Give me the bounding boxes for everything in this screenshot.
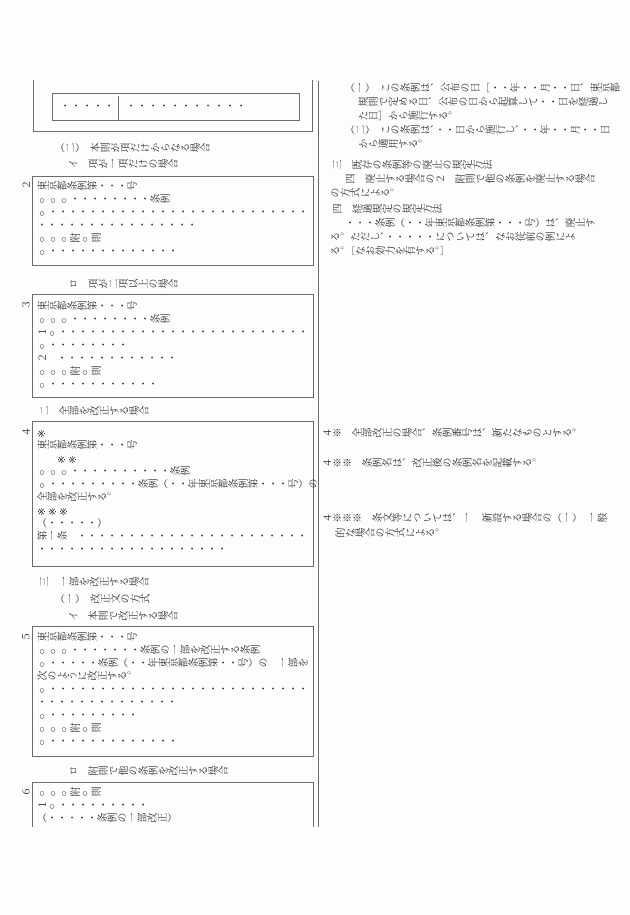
box3-line: １○・・・・・・・・・・・・・・・・・・・・・・・・・ (37, 327, 630, 340)
heading-ro-niko: ロ 項が二項以上の場合 (68, 279, 630, 292)
document-page: ・・・・・ ・・・・・・・・・・・ （二） 本則が項だけからなる場合イ 項が一項… (0, 0, 630, 915)
note-haishi-3: の方式による。 (330, 188, 630, 201)
note-haishi-1: 三 既存の条例等の廃止の規定方法 (332, 160, 630, 173)
note-keika-2: ・・・条例（・・年東京都条例第・・・号）は、廃止す (345, 218, 630, 231)
heading-fusoku-kaisei: ロ 附則で他の条例を改正する場合 (68, 766, 630, 779)
box5-line: 次のように改正する。 (37, 671, 630, 684)
note-sekou-3: た日］から施行する。 (358, 111, 630, 124)
box3-line: ○・・・・・・・・ (37, 340, 630, 353)
box5-line: ○○○附○則 (37, 723, 630, 736)
box4-line: 全部を改正する。 (37, 492, 630, 505)
heading-honsoku-kaisei: イ 本則で改正する場合 (68, 611, 630, 624)
box6-line: （・・・・・条例の一部改正） (37, 813, 630, 826)
table-cell: ・・・・・・・・・・・ (119, 96, 297, 120)
box3-line: 東京都条例第・・・号 (37, 301, 630, 314)
example1-inner-table: ・・・・・ ・・・・・・・・・・・ (52, 93, 300, 121)
note-4-star2: ４※※ 条例名は、改正後の条例名を記載する。 (322, 458, 630, 471)
note-keika-4: る。〔なお効力を有する。〕 (330, 246, 630, 259)
note-sekou-4: （二） この条例は、・・日から施行し、・・年・・月・・日 (345, 125, 630, 138)
box3-line: ○・・・・・・・・・・・ (37, 379, 630, 392)
table-cell: ・・・・・ (53, 96, 119, 120)
box6-line: ○○○附○則 (37, 787, 630, 800)
note-4-star: ４※ 全部改正の場合、条例番号は、新たなものとする。 (322, 428, 630, 441)
heading-kaiseibun: （一） 改正文の方式 (55, 594, 630, 607)
box4-line: 東京都条例第・・・号 (37, 440, 630, 453)
rotated-document-canvas: ・・・・・ ・・・・・・・・・・・ （二） 本則が項だけからなる場合イ 項が一項… (0, 0, 630, 915)
box5-line: ○・・・・・・・・・ (37, 710, 630, 723)
note-sekou-2: 規則で定める日、公布の日から起算して・・日を経過し (358, 97, 630, 110)
box5-line: ○○○・・・・・・・条例の一部を改正する条例 (37, 645, 630, 658)
box4-line: ○・・・・・・・・・条例（・・年東京都条例第・・・号）の (37, 479, 630, 492)
box5-line: 東京都条例第・・・号 (37, 632, 630, 645)
box5-line: ○・・・・・条例（・・年東京都条例第・・号）の 一部を (37, 658, 630, 671)
note-keika-3: る。ただし、・・・・・については、なお従前の例によ (330, 232, 630, 245)
note-keika-1: 四 経過規定の規定方法 (332, 204, 630, 217)
box3-line: ２ ・・・・・・・・・・・・ (37, 353, 630, 366)
box5-line: ○・・・・・・・・・・・・・ (37, 736, 630, 749)
note-4-star3-2: 的な場合の方式による。 (335, 528, 630, 541)
note-sekou-5: から適用する。 (358, 139, 630, 152)
note-haishi-2: 四 廃止する場合の２ 附則で他の条例を廃止する場合 (345, 174, 630, 187)
heading-ichibu-kaisei: 三 一部を改正する場合 (39, 577, 630, 590)
box3-line: ○○○附○則 (37, 366, 630, 379)
box5-line: ・・・・・・・・・・・・・・ (37, 697, 630, 710)
box5-line: ○・・・・・・・・・・・・・・・・・・・・・・・・・・ (37, 684, 630, 697)
box3-line: ○○○・・・・・・・・条例 (37, 314, 630, 327)
box4-line: ・・・・・・・・・・・・・・・・・・・ (37, 544, 630, 557)
heading-zenbu-kaisei: 二 全部を改正する場合 (39, 406, 630, 419)
note-sekou-1: （一） この条例は、公布の日［・・年・・月・・日、東京都 (345, 83, 630, 96)
box6-line: １○・・・・・・・・・ (37, 800, 630, 813)
note-4-star3-1: ４※※※ 条文等については、一 新設する場合の（一） 一般 (322, 513, 630, 526)
